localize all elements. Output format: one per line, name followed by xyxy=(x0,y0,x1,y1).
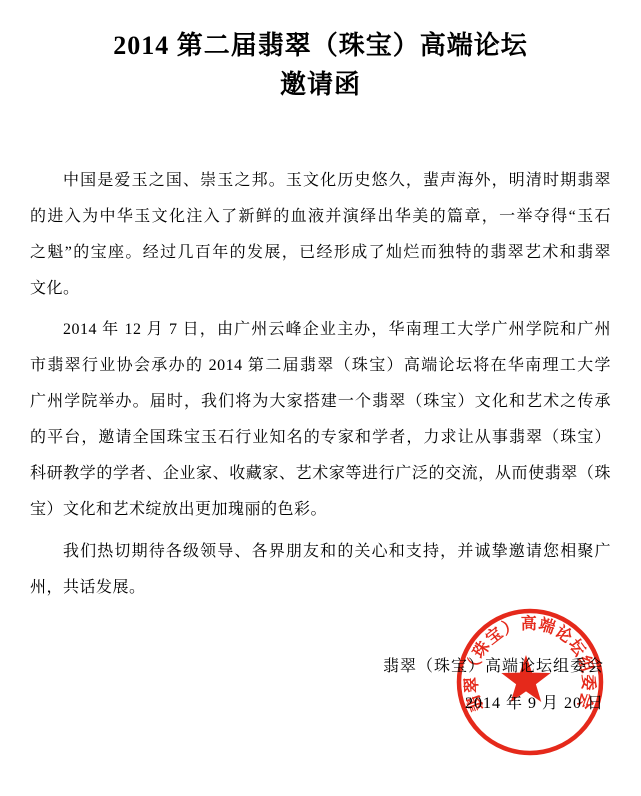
paragraph-1: 中国是爱玉之国、崇玉之邦。玉文化历史悠久，蜚声海外，明清时期翡翠 的进入为中华玉… xyxy=(30,163,611,307)
paragraph-2-line: 广州学院举办。届时，我们将为大家搭建一个翡翠（珠宝）文化和艺术之传承 xyxy=(30,384,611,420)
paragraph-1-line: 中国是爱玉之国、崇玉之邦。玉文化历史悠久，蜚声海外，明清时期翡翠 xyxy=(30,163,611,199)
document-body: 中国是爱玉之国、崇玉之邦。玉文化历史悠久，蜚声海外，明清时期翡翠 的进入为中华玉… xyxy=(30,163,611,606)
paragraph-1-line: 文化。 xyxy=(30,271,611,307)
title-line-2: 邀请函 xyxy=(0,65,641,104)
paragraph-2-line: 2014 年 12 月 7 日，由广州云峰企业主办，华南理工大学广州学院和广州 xyxy=(30,312,611,348)
document-title: 2014 第二届翡翠（珠宝）高端论坛 邀请函 xyxy=(0,26,641,104)
paragraph-2-line: 的平台，邀请全国珠宝玉石行业知名的专家和学者，力求让从事翡翠（珠宝） xyxy=(30,420,611,456)
paragraph-2: 2014 年 12 月 7 日，由广州云峰企业主办，华南理工大学广州学院和广州 … xyxy=(30,312,611,528)
paragraph-2-line: 宝）文化和艺术绽放出更加瑰丽的色彩。 xyxy=(30,492,611,528)
paragraph-2-line: 科研教学的学者、企业家、收藏家、艺术家等进行广泛的交流，从而使翡翠（珠 xyxy=(30,456,611,492)
paragraph-3-line: 州，共话发展。 xyxy=(30,570,611,606)
paragraph-1-line: 的进入为中华玉文化注入了新鲜的血液并演绎出华美的篇章，一举夺得“玉石 xyxy=(30,199,611,235)
signature-block: 翡翠（珠宝）高端论坛组委会 2014 年 9 月 20 日 xyxy=(383,648,604,722)
signature-organization: 翡翠（珠宝）高端论坛组委会 xyxy=(383,648,604,685)
paragraph-2-line: 市翡翠行业协会承办的 2014 第二届翡翠（珠宝）高端论坛将在华南理工大学 xyxy=(30,348,611,384)
paragraph-3-line: 我们热切期待各级领导、各界朋友和的关心和支持，并诚挚邀请您相聚广 xyxy=(30,534,611,570)
invitation-document-page: 2014 第二届翡翠（珠宝）高端论坛 邀请函 中国是爱玉之国、崇玉之邦。玉文化历… xyxy=(0,0,641,796)
title-line-1: 2014 第二届翡翠（珠宝）高端论坛 xyxy=(0,26,641,65)
paragraph-3: 我们热切期待各级领导、各界朋友和的关心和支持，并诚挚邀请您相聚广 州，共话发展。 xyxy=(30,534,611,606)
paragraph-1-line: 之魁”的宝座。经过几百年的发展，已经形成了灿烂而独特的翡翠艺术和翡翠 xyxy=(30,235,611,271)
signature-date: 2014 年 9 月 20 日 xyxy=(383,685,604,722)
